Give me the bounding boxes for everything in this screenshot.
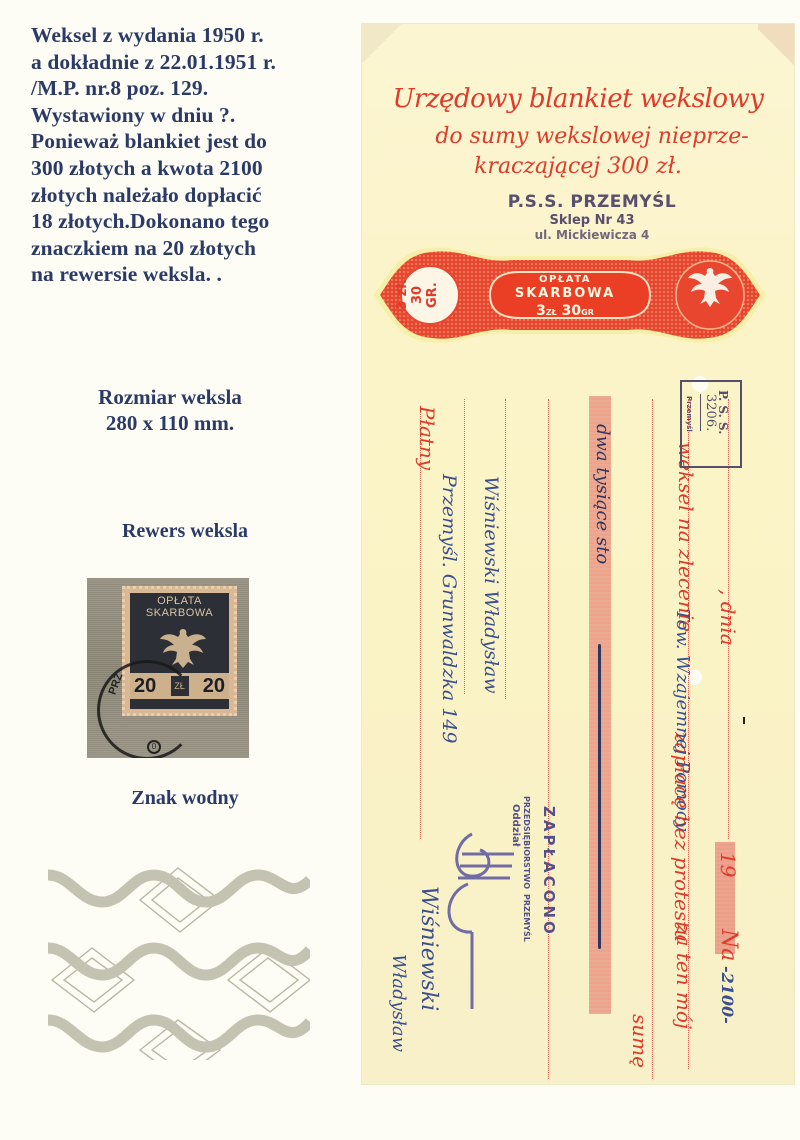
paid-stamp-line: Oddział bbox=[510, 804, 521, 847]
signature-firstname: Władysław bbox=[388, 954, 409, 1052]
revenue-center-label: OPŁATA SKARBOWA 3ZŁ 30GR bbox=[505, 274, 625, 319]
revenue-left-value: 3 zł. 30 GR. bbox=[395, 272, 441, 318]
reverse-caption: Rewers weksla bbox=[0, 520, 370, 543]
label-platny: Płatny bbox=[415, 406, 439, 470]
bill-subtitle: kraczającej 300 zł. bbox=[362, 154, 794, 179]
description-line: złotych należało dopłacić bbox=[31, 182, 351, 209]
handwritten-drawee-name: Wiśniewski Władysław bbox=[480, 476, 502, 694]
postmark-number: 0 bbox=[147, 740, 161, 754]
paid-stamp: ZAPŁACONO bbox=[540, 806, 558, 937]
pss-box-line-1: P. S. S. bbox=[716, 390, 730, 434]
bill-size-note: Rozmiar weksla 280 x 110 mm. bbox=[0, 384, 340, 436]
handwritten-drawee-address: Przemyśl. Grunwaldzka 149 bbox=[438, 474, 460, 744]
revenue-imprint: 3 zł. 30 GR. OPŁATA SKARBOWA 3ZŁ 30GR bbox=[370, 242, 770, 348]
bill-of-exchange: Urzędowy blankiet wekslowy do sumy weksl… bbox=[362, 24, 794, 1084]
shop-stamp: P.S.S. PRZEMYŚL Sklep Nr 43 ul. Mickiewi… bbox=[472, 192, 712, 242]
revenue-zl-value: 3 bbox=[536, 303, 546, 319]
pss-box-number: 3206. bbox=[700, 394, 718, 431]
shop-stamp-number: Sklep Nr 43 bbox=[472, 213, 712, 228]
watermark-pattern-icon bbox=[40, 840, 310, 1060]
fold-mark bbox=[743, 717, 745, 724]
description-line: 300 złotych a kwota 2100 bbox=[31, 155, 351, 182]
label-sume: sumę bbox=[628, 1014, 652, 1068]
revenue-gr-value: 30 bbox=[562, 303, 581, 319]
label-dnia: , dnia bbox=[716, 589, 740, 646]
label-za-ten: za ten mój bbox=[672, 924, 696, 1029]
stamp-line-1: OPŁATA bbox=[130, 595, 229, 607]
dotted-line bbox=[652, 399, 653, 1079]
pss-box-stamp: P. S. S. 3206. Przemyśl bbox=[680, 380, 742, 468]
paid-stamp-line: PRZEDSIĘBIORSTWO bbox=[522, 796, 531, 889]
stamp-value-right: 20 bbox=[203, 675, 225, 698]
dotted-line bbox=[548, 399, 549, 1079]
revenue-zl-unit: ZŁ bbox=[546, 308, 557, 317]
description-line: Wystawiony w dniu ?. bbox=[31, 102, 351, 129]
bill-title: Urzędowy blankiet wekslowy bbox=[362, 84, 794, 114]
description-text: Weksel z wydania 1950 r. a dokładnie z 2… bbox=[31, 22, 351, 288]
handwritten-payee: Tow. Wzajemnej Pomocy bbox=[672, 609, 693, 831]
album-page: Weksel z wydania 1950 r. a dokładnie z 2… bbox=[0, 0, 800, 1140]
bill-subtitle: do sumy wekslowej nieprze- bbox=[376, 124, 800, 149]
description-line: Ponieważ blankiet jest do bbox=[31, 128, 351, 155]
label-na: Na bbox=[716, 929, 741, 961]
description-line: znaczkiem na 20 złotych bbox=[31, 235, 351, 262]
dotted-line bbox=[464, 399, 465, 694]
photo-corner bbox=[758, 24, 794, 70]
dotted-line bbox=[420, 409, 421, 839]
revenue-line-2: SKARBOWA bbox=[505, 286, 625, 301]
watermark-caption: Znak wodny bbox=[0, 787, 370, 810]
revenue-value: 3ZŁ 30GR bbox=[505, 303, 625, 319]
stamp-line-2: SKARBOWA bbox=[130, 607, 229, 619]
description-line: na rewersie weksla. . bbox=[31, 261, 351, 288]
description-line: a dokładnie z 22.01.1951 r. bbox=[31, 49, 351, 76]
shop-stamp-address: ul. Mickiewicza 4 bbox=[472, 228, 712, 242]
description-line: /M.P. nr.8 poz. 129. bbox=[31, 75, 351, 102]
dotted-line bbox=[505, 399, 506, 699]
signature-scrawl-icon bbox=[432, 814, 522, 1014]
size-heading: Rozmiar weksla bbox=[0, 384, 340, 410]
paid-stamp-line: PRZEMYŚL bbox=[522, 894, 531, 942]
label-wechsel: weksel na zlecenie bbox=[674, 442, 698, 632]
reverse-stamp-photo: OPŁATA SKARBOWA 20 ZŁ 20 PRZ 0 bbox=[87, 578, 249, 758]
description-line: 18 złotych.Dokonano tego bbox=[31, 208, 351, 235]
pss-box-city: Przemyśl bbox=[685, 396, 693, 432]
label-year: 19 bbox=[716, 852, 740, 877]
size-value: 280 x 110 mm. bbox=[0, 410, 340, 436]
handwritten-sum-words: dwa tysiące sto bbox=[592, 424, 613, 564]
sum-strike-line bbox=[598, 644, 601, 949]
revenue-gr-unit: GR bbox=[581, 308, 594, 317]
shop-stamp-name: P.S.S. PRZEMYŚL bbox=[472, 192, 712, 212]
revenue-line-1: OPŁATA bbox=[505, 274, 625, 285]
photo-corner bbox=[362, 24, 402, 64]
handwritten-amount: -2100- bbox=[718, 966, 737, 1024]
description-line: Weksel z wydania 1950 r. bbox=[31, 22, 351, 49]
